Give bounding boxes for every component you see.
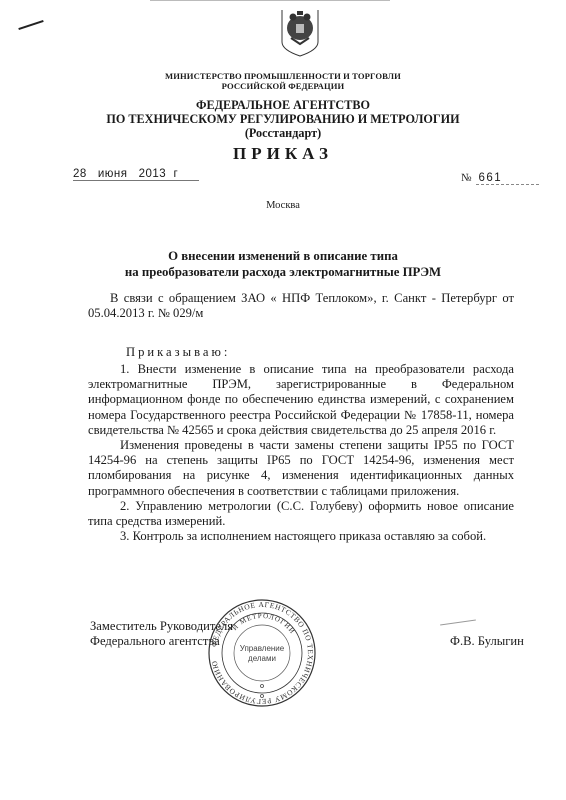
agency-line-2: ПО ТЕХНИЧЕСКОМУ РЕГУЛИРОВАНИЮ И МЕТРОЛОГ… <box>0 112 566 126</box>
signature-stroke <box>440 619 476 625</box>
order-item-1: 1. Внести изменение в описание типа на п… <box>88 362 514 438</box>
signatory-name: Ф.В. Булыгин <box>450 634 524 649</box>
order-word: Приказываю: <box>126 345 230 360</box>
order-item-3: 3. Контроль за исполнением настоящего пр… <box>88 529 514 544</box>
document-title: ПРИКАЗ <box>0 144 566 164</box>
order-date: 28 июня 2013 г <box>73 168 199 181</box>
subject-line-1: О внесении изменений в описание типа <box>0 248 566 264</box>
official-stamp-icon: ФЕДЕРАЛЬНОЕ АГЕНТСТВО ПО ТЕХНИЧЕСКОМУ РЕ… <box>207 598 317 708</box>
number-label: № <box>461 172 472 184</box>
ministry-line-1: МИНИСТЕРСТВО ПРОМЫШЛЕННОСТИ И ТОРГОВЛИ <box>0 71 566 81</box>
order-number: № 661 <box>461 168 539 186</box>
agency-line-3: (Росстандарт) <box>0 126 566 140</box>
city: Москва <box>0 200 566 211</box>
order-item-1-details: Изменения проведены в части замены степе… <box>88 438 514 499</box>
order-item-2: 2. Управлению метрологии (С.С. Голубеву)… <box>88 499 514 529</box>
agency-name: ФЕДЕРАЛЬНОЕ АГЕНТСТВО ПО ТЕХНИЧЕСКОМУ РЕ… <box>0 98 566 140</box>
coat-of-arms-icon <box>279 8 321 58</box>
number-value: 661 <box>476 172 539 185</box>
svg-text:Управление: Управление <box>240 644 285 653</box>
scan-mark <box>18 20 43 30</box>
agency-line-1: ФЕДЕРАЛЬНОЕ АГЕНТСТВО <box>0 98 566 112</box>
order-body: 1. Внести изменение в описание типа на п… <box>88 362 514 544</box>
preamble-text: В связи с обращением ЗАО « НПФ Теплоком»… <box>88 291 514 321</box>
ministry-line-2: РОССИЙСКОЙ ФЕДЕРАЦИИ <box>0 81 566 91</box>
subject-line-2: на преобразователи расхода электромагнит… <box>0 264 566 280</box>
preamble: В связи с обращением ЗАО « НПФ Теплоком»… <box>88 291 514 321</box>
svg-text:делами: делами <box>248 654 276 663</box>
scan-top-edge <box>150 0 390 1</box>
ministry-name: МИНИСТЕРСТВО ПРОМЫШЛЕННОСТИ И ТОРГОВЛИ Р… <box>0 71 566 91</box>
order-subject: О внесении изменений в описание типа на … <box>0 248 566 280</box>
